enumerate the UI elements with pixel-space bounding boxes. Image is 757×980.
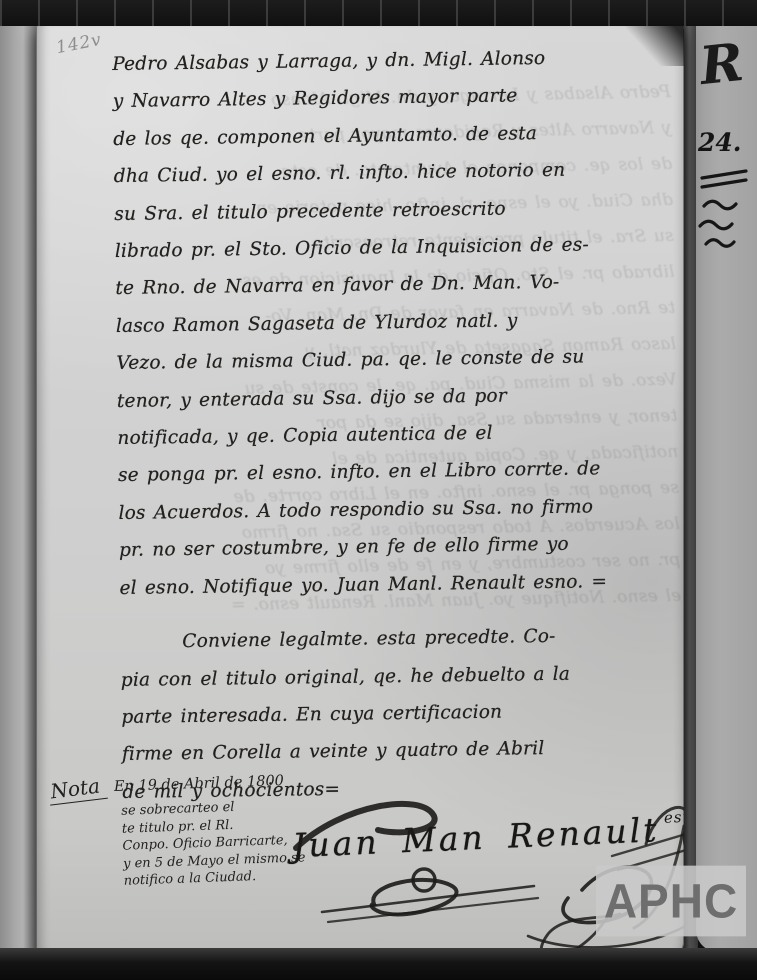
scanner-background-bottom (0, 948, 757, 980)
adjacent-page-squiggle-marks (696, 168, 754, 260)
adjacent-page-initial: R (697, 32, 746, 97)
manuscript-line: se ponga pr. el esno. infto. en el Libro… (118, 450, 678, 495)
adjacent-page-number: 24. (698, 128, 742, 157)
manuscript-page: 142v Pedro Alsabas y Larraga, y dn. Migl… (36, 20, 684, 958)
manuscript-scan-photo: R 24. 142v Pedro Alsabas y Larraga, y dn… (0, 0, 757, 980)
signature: Juan Man Renault esno. (291, 807, 684, 865)
signature-title: esno. (664, 807, 684, 827)
manuscript-text-block: Pedro Alsabas y Larraga, y dn. Migl. Alo… (112, 38, 683, 811)
aphc-watermark: APHC (596, 866, 746, 937)
folio-number: 142v (55, 30, 104, 58)
manuscript-paragraph-1: Pedro Alsabas y Larraga, y dn. Migl. Alo… (112, 38, 680, 607)
scanner-background-top (0, 0, 757, 26)
nota-label: Nota (47, 773, 107, 806)
adjacent-page-sliver: R 24. (696, 6, 757, 952)
manuscript-line: el esno. Notifique yo. Juan Manl. Renaul… (119, 562, 679, 607)
